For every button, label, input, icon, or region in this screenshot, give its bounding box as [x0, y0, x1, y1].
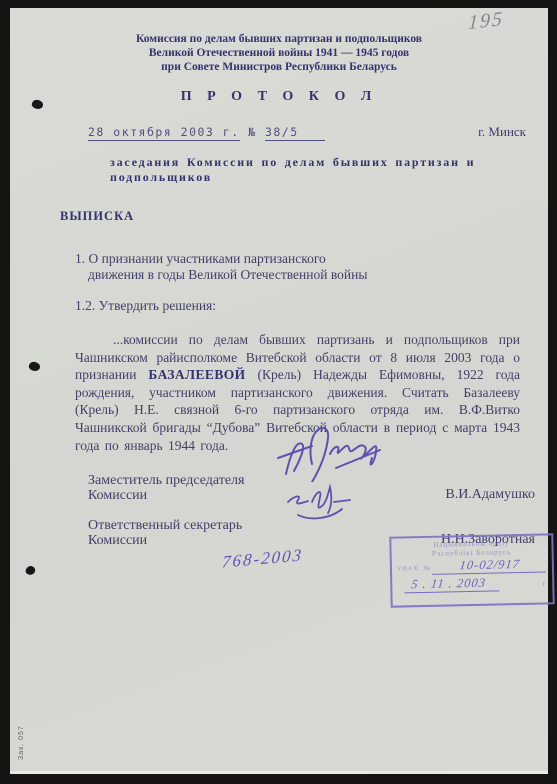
archive-order-mark: Зак. 057	[18, 725, 25, 760]
agenda-item-1: 1. О признании участниками партизанского…	[75, 251, 520, 283]
protocol-number: 38/5	[265, 125, 325, 141]
signer-role-secretary-line2: Комиссии	[88, 533, 242, 548]
extract-heading: ВЫПИСКА	[60, 209, 548, 224]
number-sign: №	[248, 125, 256, 139]
stamp-date-row: 5 . 11 . 2003 г	[397, 574, 547, 593]
subject-line: заседания Комиссии по делам бывших парти…	[110, 155, 540, 185]
org-name-line-2: Великой Отечественной войны 1941 — 1945 …	[40, 46, 518, 60]
stamp-reg-number: 10-02/917	[432, 556, 548, 574]
stamp-date-value: 5 . 11 . 2003	[404, 575, 500, 593]
punch-hole-middle	[28, 360, 42, 373]
stamp-date-suffix: г	[542, 579, 545, 587]
agenda-item-1-line-1: 1. О признании участниками партизанского	[75, 251, 326, 266]
signer-role-deputy: Заместитель председателя Комиссии	[88, 473, 244, 503]
signer-role-secretary: Ответственный секретарь Комиссии	[88, 518, 242, 548]
archive-stamp: Нацыянальны архіў Рэспублікі Беларусь УВ…	[389, 533, 554, 607]
org-name-line-3: при Совете Министров Республики Беларусь	[40, 60, 518, 74]
agenda-item-1-2: 1.2. Утвердить решения:	[75, 298, 548, 314]
city-label: г. Минск	[478, 124, 526, 140]
resolution-paragraph: ...комиссии по делам бывших партизань и …	[75, 331, 520, 454]
emphasized-surname: БАЗАЛЕЕВОЙ	[148, 367, 245, 382]
date-and-number: 28 октября 2003 г. № 38/5	[88, 125, 325, 139]
stamp-reg-label: УВАХ. №	[397, 565, 432, 573]
document-page: 195 Комиссия по делам бывших партизан и …	[10, 8, 548, 774]
protocol-date: 28 октября 2003 г.	[88, 125, 240, 141]
org-name-line-1: Комиссия по делам бывших партизан и подп…	[40, 32, 518, 46]
signer-role-deputy-line2: Комиссии	[88, 488, 244, 503]
date-row: 28 октября 2003 г. № 38/5 г. Минск	[88, 124, 526, 140]
punch-hole-bottom	[25, 565, 37, 577]
signature-row-deputy: Заместитель председателя Комиссии В.И.Ад…	[88, 473, 535, 503]
org-name: Комиссия по делам бывших партизан и подп…	[40, 32, 518, 74]
protocol-title: П Р О Т О К О Л	[10, 89, 548, 105]
stamp-reg-row: УВАХ. № 10-02/917	[397, 556, 547, 575]
signer-role-secretary-line1: Ответственный секретарь	[88, 518, 242, 533]
agenda-item-1-line-2: движения в годы Великой Отечественной во…	[88, 267, 367, 282]
handwritten-file-number: 768-2003	[221, 545, 304, 572]
pencil-page-number: 195	[468, 8, 505, 36]
signer-name-adamushko: В.И.Адамушко	[445, 487, 535, 503]
signer-role-deputy-line1: Заместитель председателя	[88, 473, 244, 488]
